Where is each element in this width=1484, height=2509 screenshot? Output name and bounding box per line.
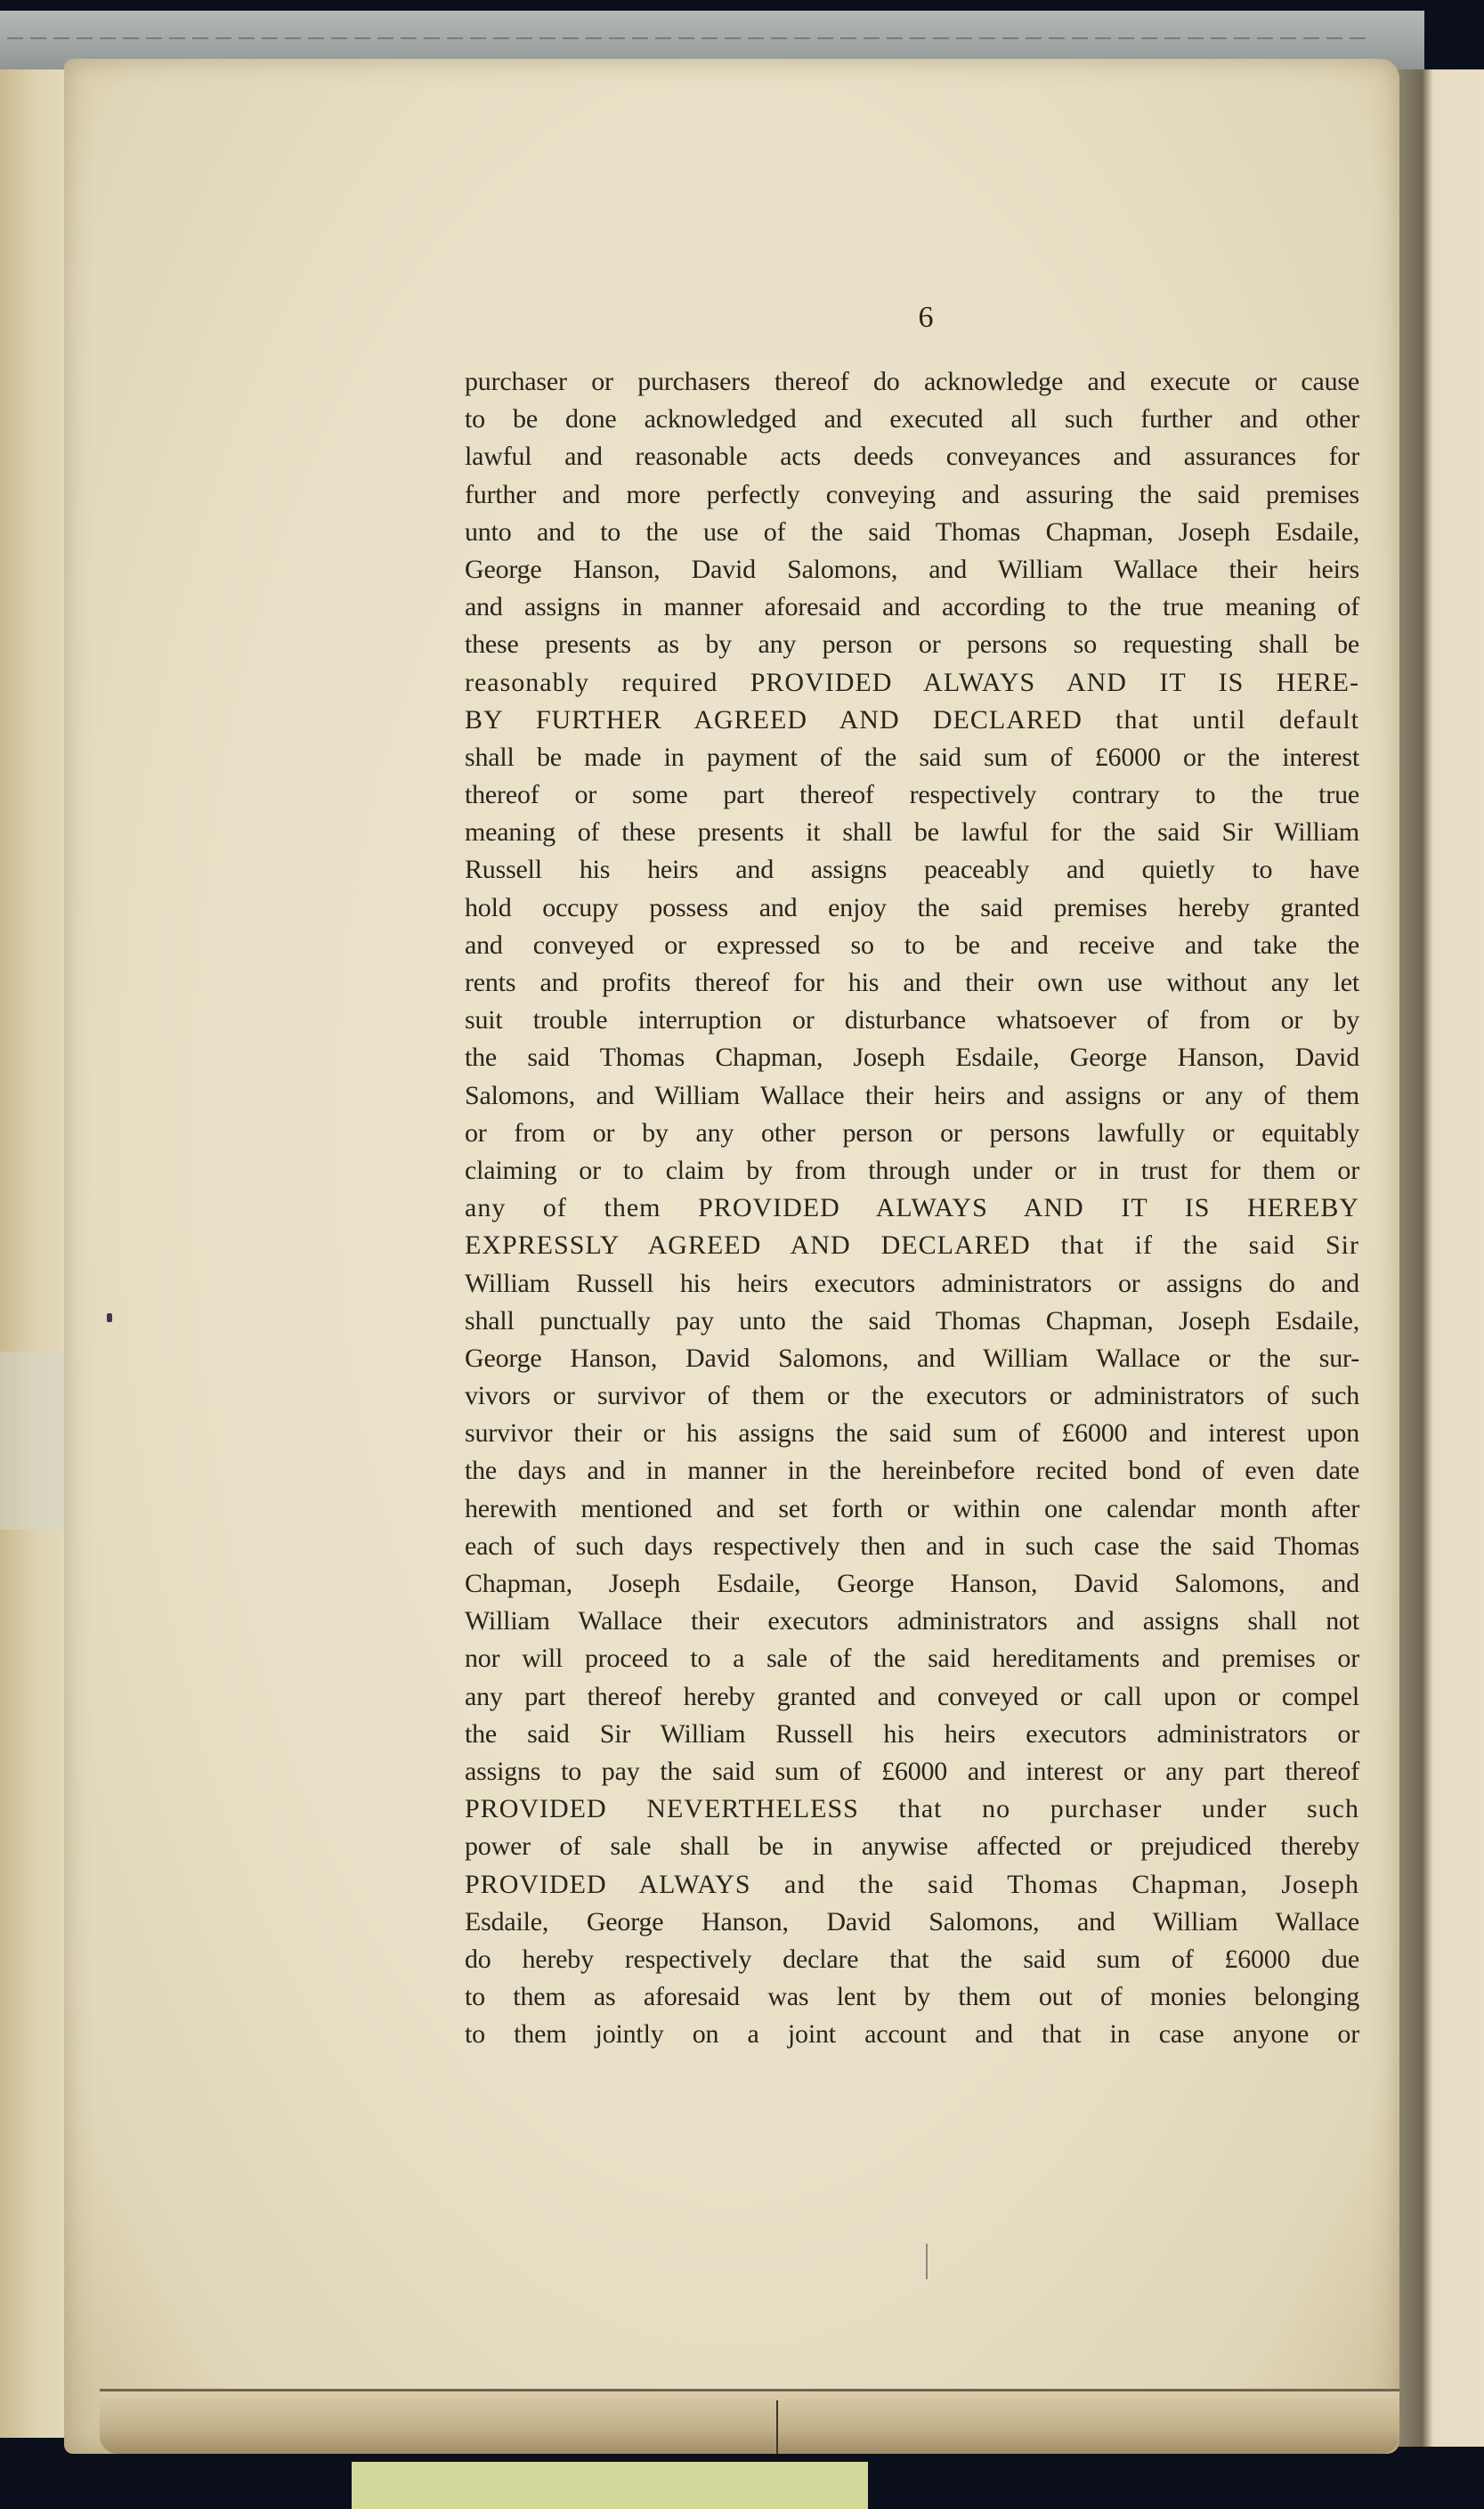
text-line: and assigns in manner aforesaid and acco… xyxy=(465,589,1359,626)
text-line: and conveyed or expressed so to be and r… xyxy=(465,927,1359,964)
text-line: claiming or to claim by from through und… xyxy=(465,1152,1359,1190)
text-line: any part thereof hereby granted and conv… xyxy=(465,1678,1359,1716)
text-line: shall be made in payment of the said sum… xyxy=(465,739,1359,776)
text-line: William Russell his heirs executors admi… xyxy=(465,1265,1359,1303)
text-line: BY FURTHER AGREED AND DECLARED that unti… xyxy=(465,702,1359,739)
text-line: PROVIDED ALWAYS and the said Thomas Chap… xyxy=(465,1866,1359,1904)
ink-blot-icon xyxy=(107,1313,112,1322)
text-line: assigns to pay the said sum of £6000 and… xyxy=(465,1753,1359,1790)
text-line: suit trouble interruption or disturbance… xyxy=(465,1002,1359,1039)
text-line: rents and profits thereof for his and th… xyxy=(465,964,1359,1002)
text-line: lawful and reasonable acts deeds conveya… xyxy=(465,438,1359,475)
text-line: Russell his heirs and assigns peaceably … xyxy=(465,851,1359,889)
text-line: the days and in manner in the hereinbefo… xyxy=(465,1452,1359,1490)
text-line: to be done acknowledged and executed all… xyxy=(465,401,1359,438)
text-line: do hereby respectively declare that the … xyxy=(465,1941,1359,1978)
sticky-note-tab xyxy=(352,2462,868,2509)
text-line: herewith mentioned and set forth or with… xyxy=(465,1490,1359,1528)
text-line: shall punctually pay unto the said Thoma… xyxy=(465,1303,1359,1340)
text-line: to them as aforesaid was lent by them ou… xyxy=(465,1978,1359,2016)
repair-tape xyxy=(0,1352,71,1530)
text-line: vivors or survivor of them or the execut… xyxy=(465,1377,1359,1415)
body-text: purchaser or purchasers thereof do ackno… xyxy=(465,363,1359,2053)
text-line: or from or by any other person or person… xyxy=(465,1115,1359,1152)
left-page-stack xyxy=(0,69,73,2438)
text-line: unto and to the use of the said Thomas C… xyxy=(465,514,1359,551)
text-line: any of them PROVIDED ALWAYS AND IT IS HE… xyxy=(465,1190,1359,1227)
text-line: to them jointly on a joint account and t… xyxy=(465,2016,1359,2053)
text-line: nor will proceed to a sale of the said h… xyxy=(465,1640,1359,1677)
text-line: further and more perfectly conveying and… xyxy=(465,476,1359,514)
text-line: Salomons, and William Wallace their heir… xyxy=(465,1077,1359,1115)
text-line: survivor their or his assigns the said s… xyxy=(465,1415,1359,1452)
pencil-mark xyxy=(926,2244,928,2279)
page-crease xyxy=(776,2400,778,2454)
text-line: hold occupy possess and enjoy the said p… xyxy=(465,889,1359,927)
ruled-line xyxy=(7,37,1371,39)
text-line: power of sale shall be in anywise affect… xyxy=(465,1828,1359,1865)
text-line: Esdaile, George Hanson, David Salomons, … xyxy=(465,1904,1359,1941)
text-line: thereof or some part thereof respectivel… xyxy=(465,776,1359,814)
text-line: purchaser or purchasers thereof do ackno… xyxy=(465,363,1359,401)
text-line: meaning of these presents it shall be la… xyxy=(465,814,1359,851)
text-line: each of such days respectively then and … xyxy=(465,1528,1359,1565)
text-line: these presents as by any person or perso… xyxy=(465,626,1359,663)
text-line: EXPRESSLY AGREED AND DECLARED that if th… xyxy=(465,1227,1359,1264)
text-line: George Hanson, David Salomons, and Willi… xyxy=(465,1340,1359,1377)
text-line: the said Thomas Chapman, Joseph Esdaile,… xyxy=(465,1039,1359,1076)
page-number: 6 xyxy=(899,301,953,335)
text-line: Chapman, Joseph Esdaile, George Hanson, … xyxy=(465,1565,1359,1603)
text-line: reasonably required PROVIDED ALWAYS AND … xyxy=(465,664,1359,702)
text-line: PROVIDED NEVERTHELESS that no purchaser … xyxy=(465,1790,1359,1828)
text-line: William Wallace their executors administ… xyxy=(465,1603,1359,1640)
text-line: the said Sir William Russell his heirs e… xyxy=(465,1716,1359,1753)
text-line: George Hanson, David Salomons, and Willi… xyxy=(465,551,1359,589)
page-bottom-fold xyxy=(100,2389,1399,2454)
next-page-edge xyxy=(1396,69,1484,2447)
